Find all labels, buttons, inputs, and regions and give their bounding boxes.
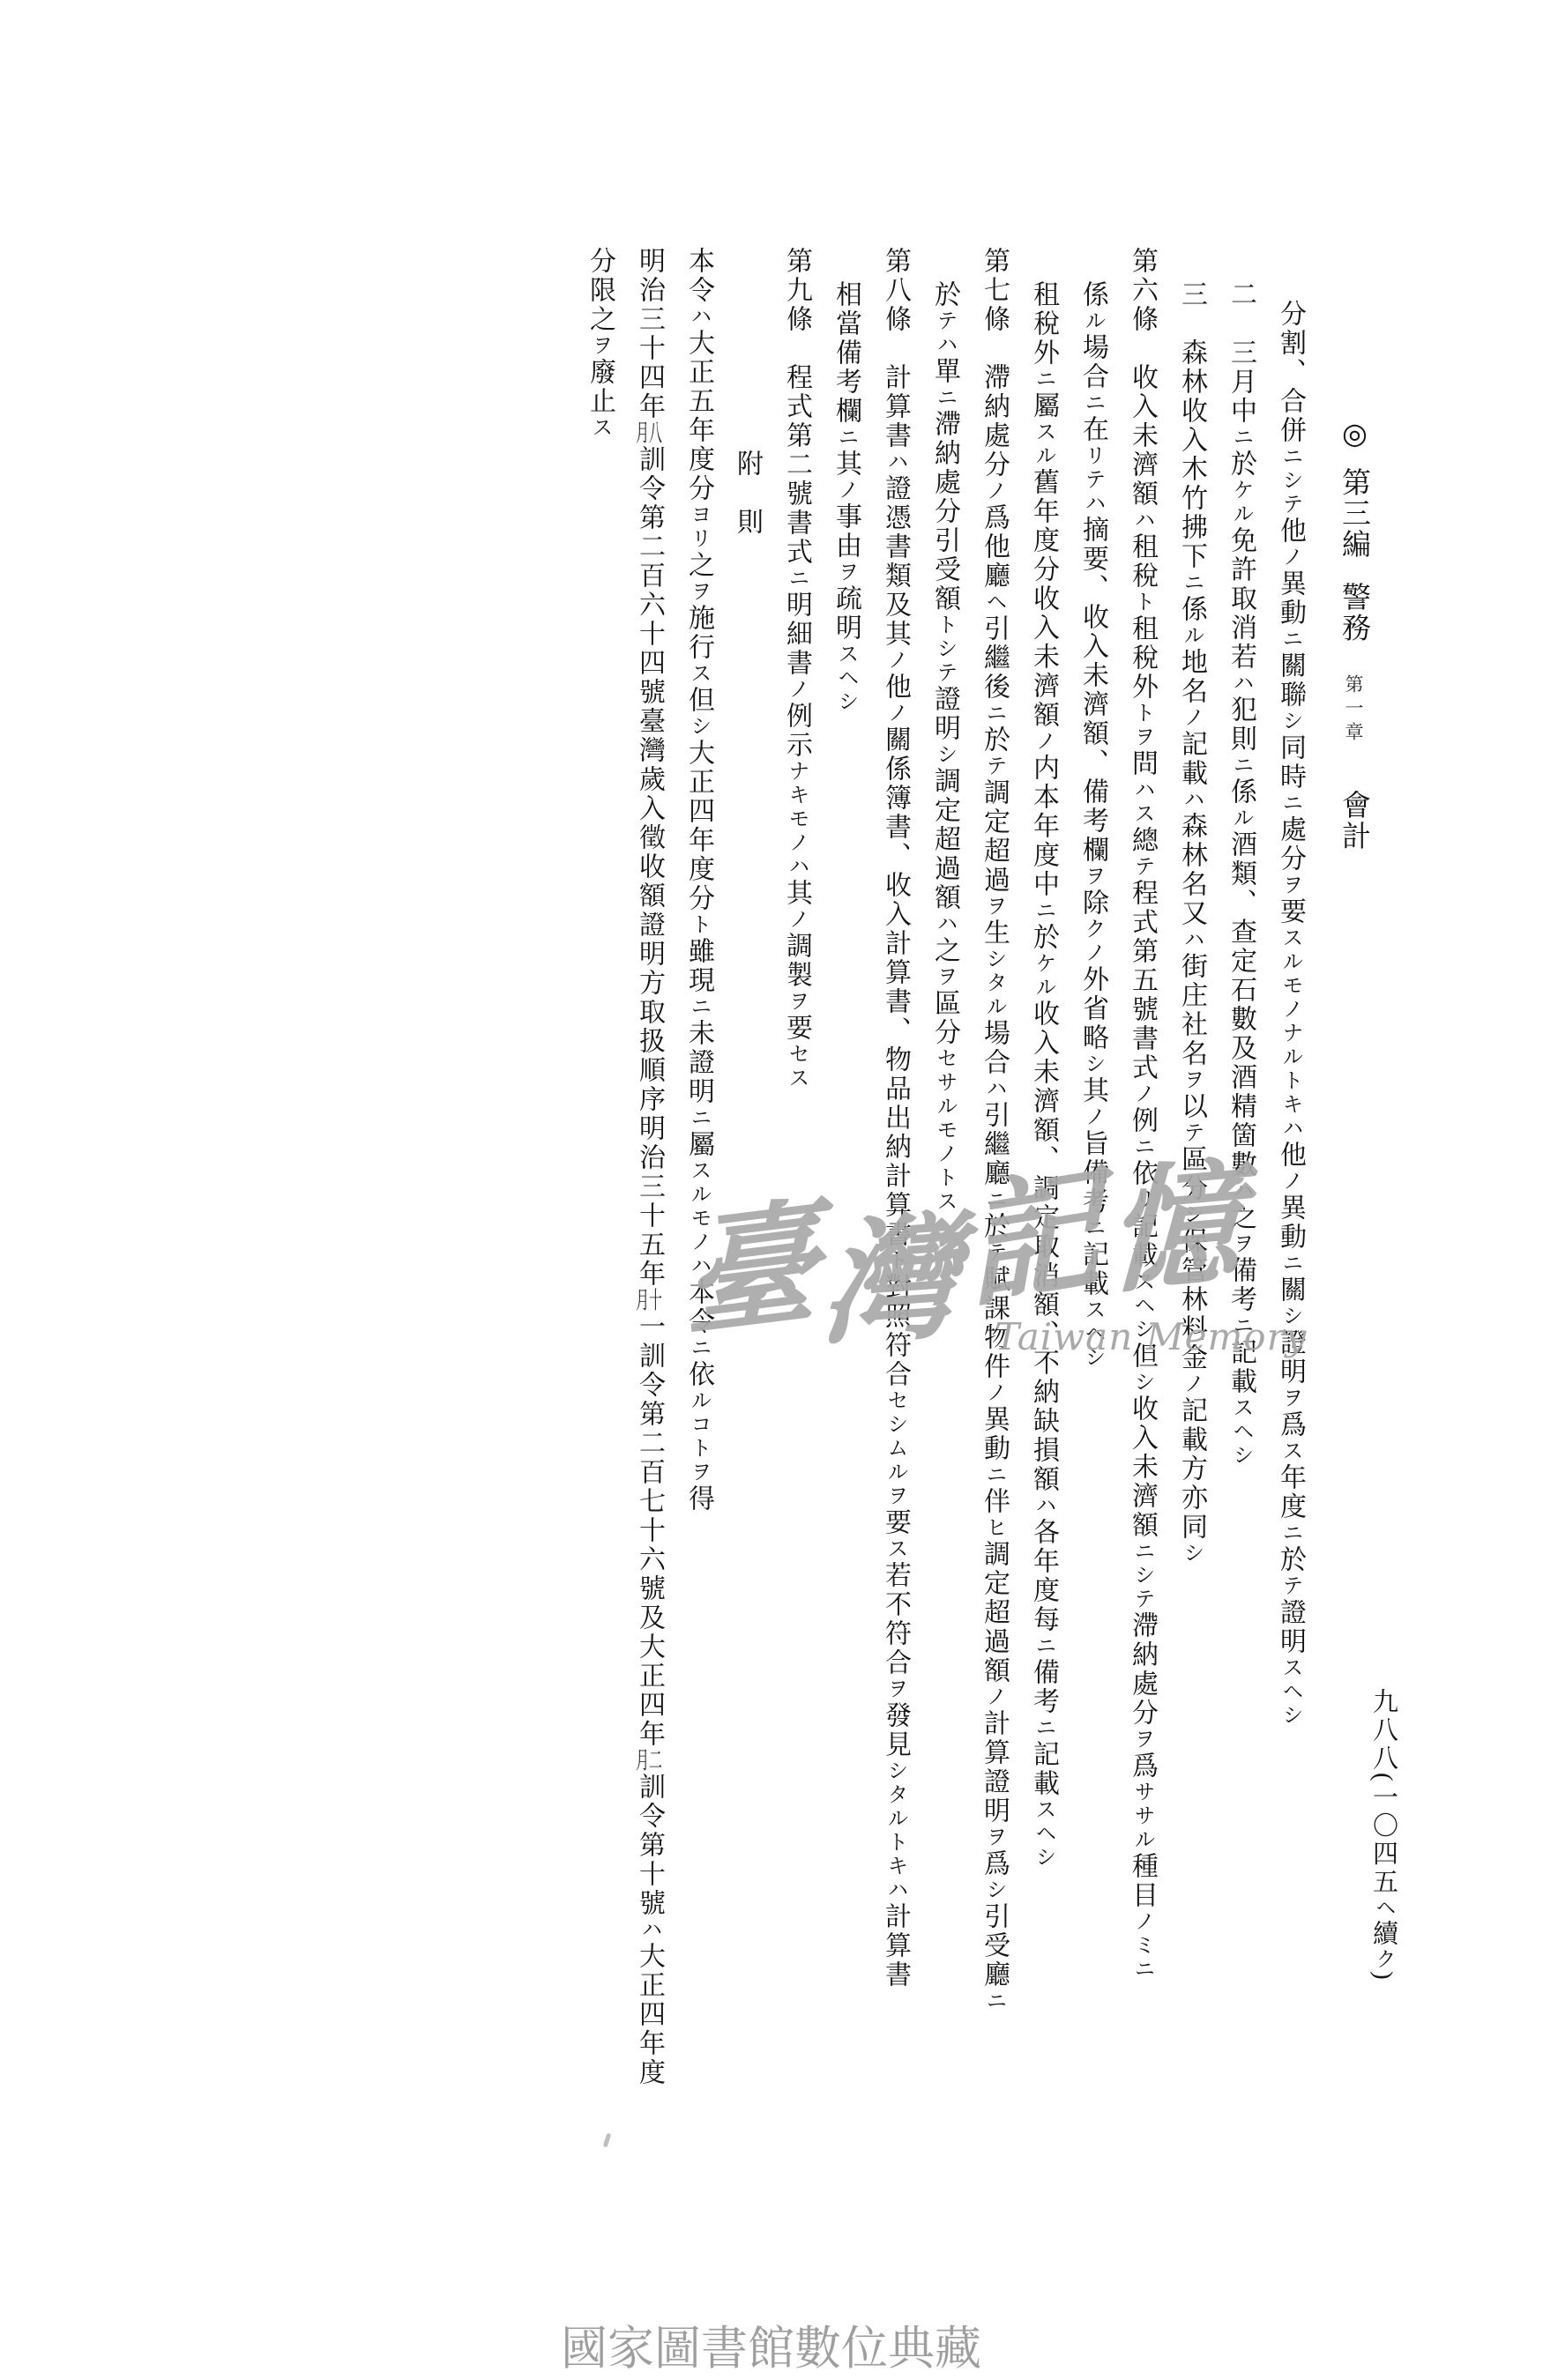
- squeezed-pair: 月二: [636, 1749, 662, 1773]
- text-column: 分限之ヲ廢止ス: [575, 247, 624, 2186]
- squeezed-pair: 月十: [636, 1289, 662, 1313]
- text-column: 相當備考欄ニ其ノ事由ヲ疏明スヘシ: [821, 247, 870, 2186]
- text-column: 二 三月中ニ於ケル免許取消若ハ犯則ニ係ル酒類、查定石數及酒精箇數ハ之ヲ備考ニ記載…: [1216, 247, 1265, 2186]
- archive-caption: 國家圖書館數位典藏: [561, 2311, 981, 2378]
- text-column: 租稅外ニ屬スル舊年度分收入未濟額ノ内本年度中ニ於ケル收入未濟額、調定取消額、不納…: [1018, 247, 1068, 2186]
- text-column: 三 森林收入木竹拂下ニ係ル地名ノ記載ハ森林名又ハ街庄社名ヲ以テ區分シ保管林料金ノ…: [1167, 247, 1216, 2186]
- text-body: 分割、合併ニシテ他ノ異動ニ關聯シ同時ニ處分ヲ要スルモノナルトキハ他ノ異動ニ關シ證…: [585, 247, 1315, 2186]
- text-column: 係ル場合ニ在リテハ摘要、收入未濟額、備考欄ヲ除クノ外省略シ其ノ旨備考ニ記載スヘシ: [1068, 247, 1117, 2186]
- text-column: 第七條 滯納處分ノ爲他廳ヘ引繼後ニ於テ調定超過ヲ生シタル場合ハ引繼廳ニ於テ賦課物…: [969, 247, 1018, 2186]
- text-column: 明治三十四年月八訓令第二百六十四號臺灣歲入徵收額證明方取扱順序明治三十五年月十一…: [624, 247, 674, 2186]
- subject-title: 會計: [1338, 790, 1369, 852]
- section-title: 警務: [1338, 582, 1369, 643]
- book-title: 第三編: [1338, 467, 1369, 560]
- supplementary-rules-heading: 附 則: [723, 247, 771, 2186]
- text-column: 第六條 收入未濟額ハ租稅ト租稅外トヲ問ハス總テ程式第五號書式ノ例ニ依リ記載スヘシ…: [1117, 247, 1167, 2186]
- squeezed-pair: 月八: [636, 421, 662, 445]
- chapter-title: 第一章: [1343, 674, 1364, 746]
- scanned-document-page: ◎第三編警務第一章會計 九八八(一〇四五ヘ續ク) 分割、合併ニシテ他ノ異動ニ關聯…: [0, 0, 1543, 2380]
- watermark-latin-text: Taiwan Memory: [995, 1315, 1307, 1358]
- text-column: 分割、合併ニシテ他ノ異動ニ關聯シ同時ニ處分ヲ要スルモノナルトキハ他ノ異動ニ關シ證…: [1265, 247, 1315, 2186]
- text-column: 於テハ單ニ滯納處分引受額トシテ證明シ調定超過額ハ之ヲ區分セサルモノトス: [920, 247, 969, 2186]
- section-marker-icon: ◎: [1338, 416, 1369, 452]
- text-column: 第八條 計算書ハ證憑書類及其ノ他ノ關係簿書、收入計算書、物品出納計算書ト對照符合…: [870, 247, 920, 2186]
- page-continuation-marker: 九八八(一〇四五ヘ續ク): [1360, 1688, 1406, 1982]
- text-column: 本令ハ大正五年度分ヨリ之ヲ施行ス但シ大正四年度分ト雖現ニ未證明ニ屬スルモノハ本令…: [674, 247, 723, 2186]
- text-column: 第九條 程式第二號書式ニ明細書ノ例示ナキモノハ其ノ調製ヲ要セス: [771, 247, 821, 2186]
- running-head: ◎第三編警務第一章會計: [1328, 416, 1379, 852]
